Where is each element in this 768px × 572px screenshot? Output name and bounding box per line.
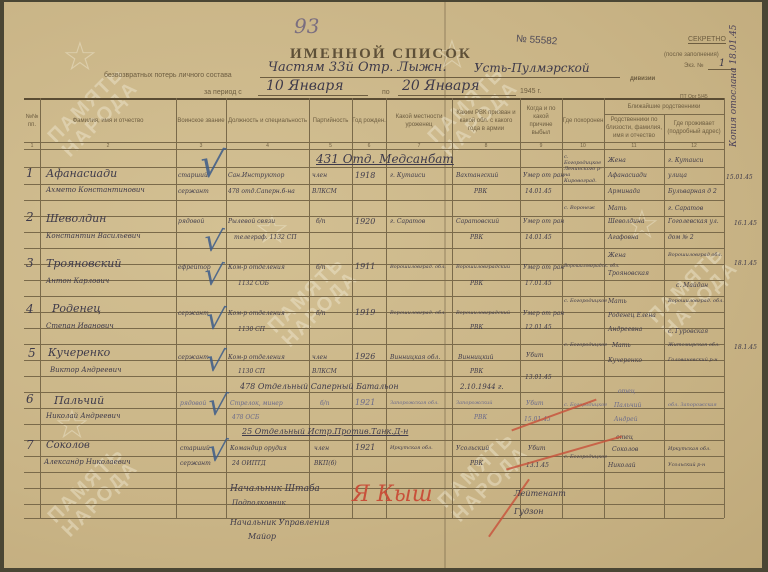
when-died: Умер от ран (523, 172, 564, 179)
address: с. Гуровская (668, 328, 708, 335)
column-number: 10 (562, 143, 604, 149)
rank: рядовой (178, 218, 204, 225)
row-line (24, 518, 724, 519)
position: 1132 СОБ (238, 280, 269, 287)
column-number: 5 (309, 143, 352, 149)
surname: Кучеренко (48, 346, 110, 359)
copy-label: Экз. № (684, 63, 704, 69)
row-line (24, 200, 724, 201)
when-died: 14.01.45 (525, 234, 552, 241)
surname: Роденец (52, 302, 101, 315)
rvk: РВК (474, 414, 487, 421)
party: б/п (316, 310, 326, 317)
burial-place: с. Богородицкое (564, 342, 607, 348)
rvk: Ворошиловградский (456, 264, 510, 270)
section-header: 431 Отд. Медсанбат (316, 152, 454, 166)
surname: Соколов (46, 440, 90, 451)
rvk: Винницкий (458, 354, 494, 361)
when-died: Умер от ран (523, 310, 564, 317)
party: б/п (316, 218, 326, 225)
address: Житомирская обл. (668, 342, 720, 348)
row-number: 4 (26, 302, 34, 316)
group-header-divider (604, 114, 724, 115)
position: Ком-р отделения (228, 264, 285, 271)
rvk: Ворошиловградский (456, 310, 510, 316)
kin: Афанасиади (608, 172, 647, 179)
party: б/п (320, 400, 330, 407)
margin-date: 18.1.45 (734, 260, 757, 267)
column-divider (562, 98, 563, 518)
star-watermark-icon: ☆ (624, 202, 660, 248)
row-number: 6 (26, 392, 34, 406)
header-rank: Воинское звание (176, 102, 226, 140)
when-died: Убит (528, 445, 546, 452)
origin: Ворошиловград. обл. (390, 310, 446, 316)
rvk: Запорожский (456, 400, 492, 406)
address: Ворошиловград. обл. (668, 298, 724, 304)
kin: Мать (612, 342, 631, 349)
row-number: 3 (26, 256, 34, 270)
position: телеграф. 1132 СП (234, 234, 297, 241)
check-mark-icon: √ (204, 343, 228, 380)
rvk: РВК (470, 368, 483, 375)
burial-place: Ворошиловградск. обл. (564, 264, 619, 269)
header-birth-year: Год рожден. (352, 102, 386, 140)
surname: Афанасиади (46, 167, 117, 180)
rank: рядовой (180, 400, 206, 407)
rvk: РВК (470, 234, 483, 241)
section-header-antitank: 25 Отдельный Истр.Против.Танк.Д-н (242, 427, 408, 436)
page-number: 93 (294, 14, 319, 38)
kin: Агафовна (608, 234, 638, 241)
header-kin: Родственники по близости, фамилия, имя и… (605, 116, 663, 140)
star-watermark-icon: ☆ (62, 34, 98, 80)
red-pencil-stroke (511, 399, 596, 432)
when-died: Убит (526, 352, 544, 359)
kin: Мать (608, 205, 627, 212)
margin-date: 18.1.45 (734, 344, 757, 351)
kin: Жена (608, 252, 626, 259)
unit-name: Частям 33й Отр. Лыжн. (268, 60, 446, 75)
surname: Трояновский (46, 257, 121, 270)
column-number: 9 (520, 143, 562, 149)
surname: Шеволдин (46, 212, 106, 225)
surname: Пальчий (54, 394, 104, 407)
rank: сержант (178, 354, 209, 361)
section-date: 2.10.1944 г. (460, 383, 504, 391)
address: с. Майдан (676, 282, 708, 289)
party: б/п (316, 264, 326, 271)
kin: Шеволдина (608, 218, 645, 225)
year: 1945 г. (520, 88, 541, 95)
birth-year: 1921 (355, 443, 375, 452)
party: ВКП(б) (314, 460, 337, 467)
given-name: Александр Николаевич (44, 458, 131, 466)
when-died: 14.01.45 (525, 188, 552, 195)
archive-stamp: № 55582 (516, 34, 558, 48)
position: Ком-р отделения (228, 354, 285, 361)
section-header-sapper: 478 Отдельный Саперный Батальон (240, 382, 399, 391)
column-number: 1 (24, 143, 40, 149)
row-number: 1 (26, 166, 34, 180)
burial-place: с. Богородицкое (564, 454, 607, 460)
birth-year: 1919 (355, 308, 375, 317)
period-to-label: по (382, 89, 390, 96)
column-number: 11 (604, 143, 664, 149)
rank: старший (180, 445, 210, 452)
signature-title-2: Начальник Управления (230, 518, 330, 527)
address: улица (668, 172, 687, 179)
birth-year: 1920 (355, 217, 375, 226)
column-divider (309, 98, 310, 518)
rvk: РВК (474, 188, 487, 195)
margin-date: 16.1.45 (734, 220, 757, 227)
origin: Винницкая обл. (390, 354, 440, 361)
header-buried: Где похоронен (562, 102, 604, 140)
given-name: Николай Андреевич (46, 412, 120, 420)
rvk: РВК (470, 280, 483, 287)
column-number: 12 (664, 143, 724, 149)
row-line (24, 424, 724, 425)
row-line (24, 280, 724, 281)
column-number: 6 (352, 143, 386, 149)
signature-title-1: Начальник Штаба (230, 484, 320, 494)
birth-year: 1918 (355, 171, 375, 180)
row-line (24, 456, 724, 457)
kin: Андрей (614, 416, 638, 423)
address: Ворошиловград обл. (668, 252, 722, 258)
header-name: Фамилия, имя и отчество (40, 102, 176, 140)
party: член (312, 354, 327, 361)
given-name: Константин Васильевич (46, 232, 141, 240)
given-name: Степан Иванович (46, 322, 114, 330)
address: г. Кутаиси (668, 157, 703, 164)
margin-date: 15.01.45 (726, 174, 753, 181)
burial-place: с. Богородицкое Ленинского р-на Кировогр… (564, 154, 604, 184)
rvk: Саратовский (456, 218, 499, 225)
check-mark-icon: √ (202, 257, 226, 294)
star-watermark-icon: ☆ (254, 207, 290, 253)
header-numbers-divider (24, 149, 724, 150)
period-from: 10 Января (266, 78, 344, 94)
kin: Андреевна (608, 326, 642, 333)
column-divider (664, 114, 665, 518)
address: обл. Запорожская (668, 402, 717, 408)
unit-name-2: Усть-Пулмэрской (474, 61, 590, 75)
row-line (24, 296, 724, 297)
origin: Ворошиловград. обл. (390, 264, 446, 270)
burial-place: с. Богородицкое (564, 298, 607, 304)
address: г. Саратов (668, 205, 703, 212)
address: дом № 2 (668, 234, 694, 241)
header-post: Должность и специальность (226, 102, 309, 140)
kin: Жена (608, 157, 626, 164)
check-mark-icon: √ (197, 141, 227, 188)
signature-rank-1: Подполковник (232, 499, 286, 507)
party: член (312, 172, 327, 179)
birth-year: 1911 (355, 262, 375, 271)
column-number: 7 (386, 143, 452, 149)
when-died: Умер от ран (523, 218, 564, 225)
check-mark-icon: √ (202, 223, 226, 260)
column-divider (176, 98, 177, 518)
row-line (24, 167, 724, 168)
position: Ком-р отделения (228, 310, 285, 317)
rvk: РВК (470, 460, 483, 467)
red-signature: Я Кыш (352, 482, 433, 507)
party: член (314, 445, 329, 452)
origin: г. Кутаиси (390, 172, 425, 179)
row-number: 7 (26, 438, 34, 452)
signature-right-name: Гудзон (514, 507, 543, 516)
header-rvk: Каким РВК призван и какой обл. с какого … (454, 102, 518, 140)
kin: Мать (608, 298, 627, 305)
rank: сержант (178, 188, 209, 195)
given-name: Виктор Андреевич (50, 366, 121, 374)
when-died: Убит (526, 400, 544, 407)
column-divider (520, 98, 521, 518)
kin: Кучеренко (608, 357, 642, 364)
document-page: ☆ ПАМЯТЬНАРОДА ☆ ПАМЯТЬНАРОДА ☆ ПАМЯТЬНА… (4, 2, 762, 568)
classification-label: СЕКРЕТНО (688, 36, 726, 44)
kin: Арминада (608, 188, 640, 195)
losses-label: безвозвратных потерь личного состава (104, 72, 232, 79)
column-number: 4 (226, 143, 309, 149)
party: ВЛКСМ (312, 368, 337, 375)
row-number: 5 (28, 346, 36, 360)
header-relatives-group: Ближайшие родственники (604, 100, 724, 114)
column-divider (40, 98, 41, 518)
rvk: РВК (470, 324, 483, 331)
address: Гоголевская ул. (668, 218, 719, 225)
when-died: 12.01.45 (525, 324, 552, 331)
period-label: за период с (204, 89, 242, 96)
position: Сан.Инструктор (228, 172, 284, 179)
given-name: Антон Карлович (46, 277, 109, 285)
position: 478 отд.Саперн.б-на (228, 188, 295, 195)
address: Усольский р-н (668, 462, 705, 468)
given-name: Ахмето Константинович (46, 186, 145, 194)
birth-year: 1926 (355, 352, 375, 361)
division-label: дивизии (630, 76, 655, 82)
burial-place: с. Воронеж (564, 205, 595, 211)
rvk: Вахтангский (456, 172, 498, 179)
row-line (24, 376, 724, 377)
kin: Роденец Елена (608, 312, 656, 319)
position: Стрелок, минер (230, 400, 283, 407)
row-number: 2 (26, 210, 34, 224)
kin: Пальчий (614, 402, 641, 409)
origin: Запорожская обл. (390, 400, 439, 406)
rank: сержант (178, 310, 209, 317)
origin: г. Саратов (390, 218, 425, 225)
when-died: 13.01.45 (525, 374, 552, 381)
margin-note: Копия отослана 18.01.45 (729, 24, 739, 147)
origin: Иркутская обл. (390, 445, 433, 451)
when-died: 17.01.45 (525, 280, 552, 287)
column-number: 8 (452, 143, 520, 149)
address: Голованевский р-н (668, 357, 718, 363)
signature-rank-2: Майор (248, 532, 276, 541)
row-line (24, 248, 724, 249)
kin: Соколов (612, 446, 638, 453)
position: 24 ОИПТД (232, 460, 266, 467)
rvk: Усольский (456, 445, 489, 452)
column-number: 2 (40, 143, 176, 149)
position: 478 ОСБ (232, 414, 259, 421)
column-divider (724, 98, 725, 518)
period-to: 20 Января (402, 78, 480, 94)
header-address: Где проживает (подробный адрес) (665, 116, 723, 140)
kin: Николай (608, 462, 636, 469)
kin: отец (618, 388, 635, 395)
when-died: Умер от ран (523, 264, 564, 271)
position: 1130 СП (238, 368, 265, 375)
birth-year: 1921 (355, 398, 375, 407)
address: Бульварная д 2 (668, 188, 717, 195)
check-mark-icon: √ (204, 301, 228, 338)
header-num: №№ пп. (24, 102, 40, 140)
position: Командир орудия (230, 445, 287, 452)
row-line (24, 472, 724, 473)
signature-right-rank: Лейтенант (514, 489, 566, 498)
row-line (24, 184, 724, 185)
party: ВЛКСМ (312, 188, 337, 195)
header-when: Когда и по какой причине выбыл (521, 102, 561, 140)
position: 1130 СП (238, 326, 265, 333)
kin: Трояновская (608, 270, 649, 277)
position: Рылевой связи (228, 218, 275, 225)
header-origin: Какой местности уроженец (386, 102, 452, 140)
address: Иркутская обл. (668, 446, 711, 452)
header-party: Партийность (309, 102, 352, 140)
